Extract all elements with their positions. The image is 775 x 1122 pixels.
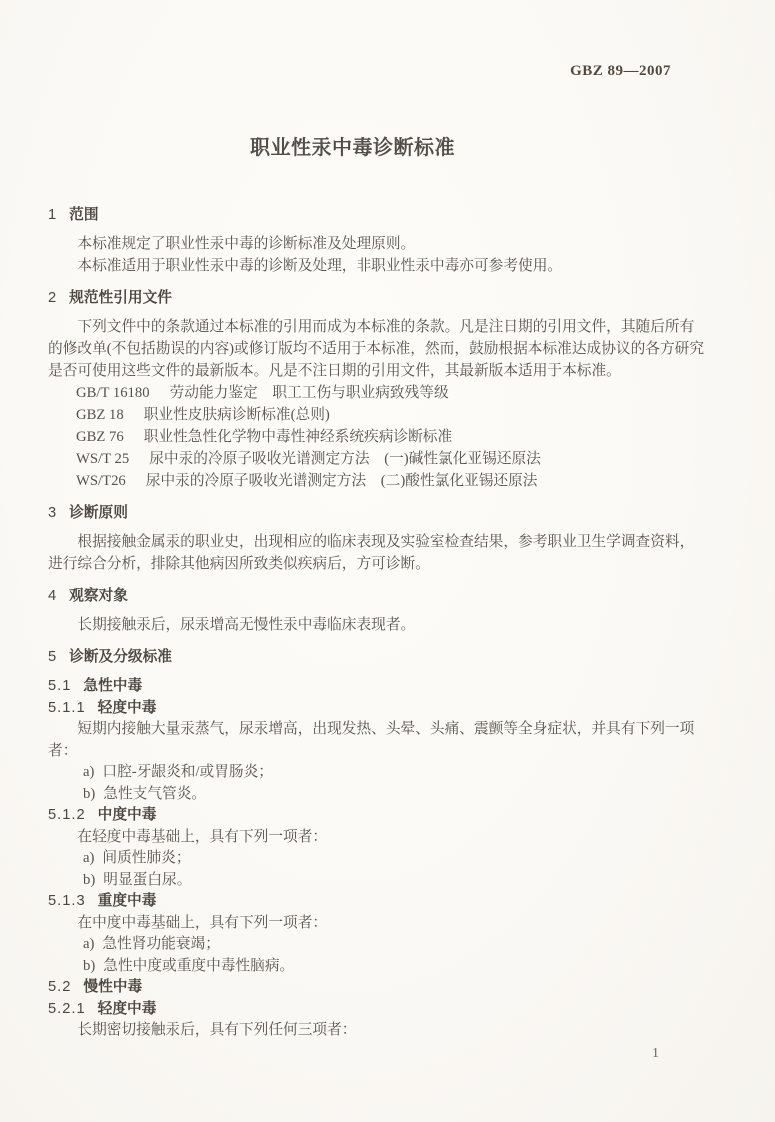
reference-item: WS/T26尿中汞的冷原子吸收光谱测定方法 (二)酸性氯化亚锡还原法 [48, 470, 706, 492]
paragraph: 本标准规定了职业性汞中毒的诊断标准及处理原则。 [48, 233, 706, 255]
paragraph: 长期接触汞后，尿汞增高无慢性汞中毒临床表现者。 [48, 614, 706, 636]
section-heading-5-2: 5.2慢性中毒 [48, 977, 706, 999]
reference-code: WS/T 25 [76, 451, 129, 467]
section-number: 5 [48, 649, 57, 665]
section-heading-5-1-1: 5.1.1轻度中毒 [48, 698, 706, 720]
section-number: 5.1 [48, 678, 71, 694]
list-item: a)口腔-牙龈炎和/或胃肠炎； [48, 762, 706, 784]
reference-item: GBZ 76职业性急性化学物中毒性神经系统疾病诊断标准 [48, 426, 706, 448]
list-marker: a) [83, 936, 94, 952]
list-item: b)急性中度或重度中毒性脑病。 [48, 956, 706, 978]
section-number: 5.1.2 [48, 807, 86, 823]
list-text: 明显蛋白尿。 [103, 872, 191, 888]
reference-title: 尿中汞的冷原子吸收光谱测定方法 (二)酸性氯化亚锡还原法 [146, 473, 538, 489]
list-text: 口腔-牙龈炎和/或胃肠炎； [102, 764, 273, 780]
reference-item: WS/T 25尿中汞的冷原子吸收光谱测定方法 (一)碱性氯化亚锡还原法 [48, 448, 706, 470]
reference-item: GBZ 18职业性皮肤病诊断标准(总则) [48, 404, 706, 426]
section-number: 5.2 [48, 979, 71, 995]
list-marker: b) [83, 786, 95, 802]
section-number: 2 [48, 290, 57, 306]
section-title: 范围 [69, 207, 98, 223]
section-heading-5-2-1: 5.2.1轻度中毒 [48, 999, 706, 1021]
paragraph: 短期内接触大量汞蒸气，尿汞增高，出现发热、头晕、头痛、震颤等全身症状，并具有下列… [48, 719, 706, 762]
reference-title: 职业性急性化学物中毒性神经系统疾病诊断标准 [144, 429, 452, 445]
section-number: 5.1.3 [48, 893, 86, 909]
reference-code: GB/T 16180 [76, 385, 150, 401]
section-number: 3 [48, 505, 57, 521]
paragraph: 根据接触金属汞的职业史，出现相应的临床表现及实验室检查结果，参考职业卫生学调查资… [48, 531, 706, 575]
list-marker: b) [83, 958, 95, 974]
section-title: 诊断及分级标准 [69, 649, 172, 665]
section-heading-1: 1范围 [48, 204, 706, 226]
section-title: 轻度中毒 [98, 1001, 157, 1017]
reference-code: WS/T26 [76, 473, 126, 489]
section-number: 5.2.1 [48, 1001, 86, 1017]
section-title: 规范性引用文件 [69, 290, 172, 306]
list-item: a)间质性肺炎； [48, 848, 706, 870]
paragraph: 长期密切接触汞后，具有下列任何三项者： [48, 1020, 706, 1042]
list-item: b)急性支气管炎。 [48, 784, 706, 806]
section-heading-5: 5诊断及分级标准 [48, 646, 706, 668]
reference-title: 劳动能力鉴定 职工工伤与职业病致残等级 [170, 385, 449, 401]
list-item: b)明显蛋白尿。 [48, 870, 706, 892]
section-number: 4 [48, 588, 57, 604]
document-body: 1范围 本标准规定了职业性汞中毒的诊断标准及处理原则。 本标准适用于职业性汞中毒… [48, 204, 706, 1042]
section-title: 观察对象 [69, 588, 128, 604]
page-number: 1 [652, 1046, 659, 1062]
standard-number: GBZ 89—2007 [570, 63, 671, 80]
section-heading-5-1-3: 5.1.3重度中毒 [48, 891, 706, 913]
reference-item: GB/T 16180劳动能力鉴定 职工工伤与职业病致残等级 [48, 382, 706, 404]
list-marker: a) [83, 764, 94, 780]
reference-title: 尿中汞的冷原子吸收光谱测定方法 (一)碱性氯化亚锡还原法 [149, 451, 541, 467]
section-number: 5.1.1 [48, 700, 86, 716]
reference-code: GBZ 76 [76, 429, 124, 445]
section-title: 诊断原则 [69, 505, 128, 521]
paragraph: 本标准适用于职业性汞中毒的诊断及处理，非职业性汞中毒亦可参考使用。 [48, 255, 706, 277]
section-title: 轻度中毒 [98, 700, 157, 716]
section-title: 中度中毒 [98, 807, 157, 823]
list-text: 急性支气管炎。 [103, 786, 206, 802]
paragraph: 在中度中毒基础上，具有下列一项者： [48, 913, 706, 935]
section-heading-4: 4观察对象 [48, 585, 706, 607]
list-marker: a) [83, 850, 94, 866]
document-title: 职业性汞中毒诊断标准 [0, 131, 775, 160]
section-heading-5-1: 5.1急性中毒 [48, 676, 706, 698]
reference-title: 职业性皮肤病诊断标准(总则) [144, 407, 330, 423]
section-heading-5-1-2: 5.1.2中度中毒 [48, 805, 706, 827]
list-marker: b) [83, 872, 95, 888]
section-number: 1 [48, 207, 57, 223]
section-heading-2: 2规范性引用文件 [48, 287, 706, 309]
section-heading-3: 3诊断原则 [48, 502, 706, 524]
list-text: 间质性肺炎； [102, 850, 190, 866]
paragraph: 下列文件中的条款通过本标准的引用而成为本标准的条款。凡是注日期的引用文件，其随后… [48, 316, 706, 382]
reference-code: GBZ 18 [76, 407, 124, 423]
list-text: 急性肾功能衰竭； [102, 936, 220, 952]
paragraph: 在轻度中毒基础上，具有下列一项者： [48, 827, 706, 849]
list-item: a)急性肾功能衰竭； [48, 934, 706, 956]
document-page: GBZ 89—2007 职业性汞中毒诊断标准 1范围 本标准规定了职业性汞中毒的… [0, 0, 775, 1122]
section-title: 重度中毒 [98, 893, 157, 909]
section-title: 慢性中毒 [83, 979, 142, 995]
section-title: 急性中毒 [83, 678, 142, 694]
list-text: 急性中度或重度中毒性脑病。 [103, 958, 294, 974]
